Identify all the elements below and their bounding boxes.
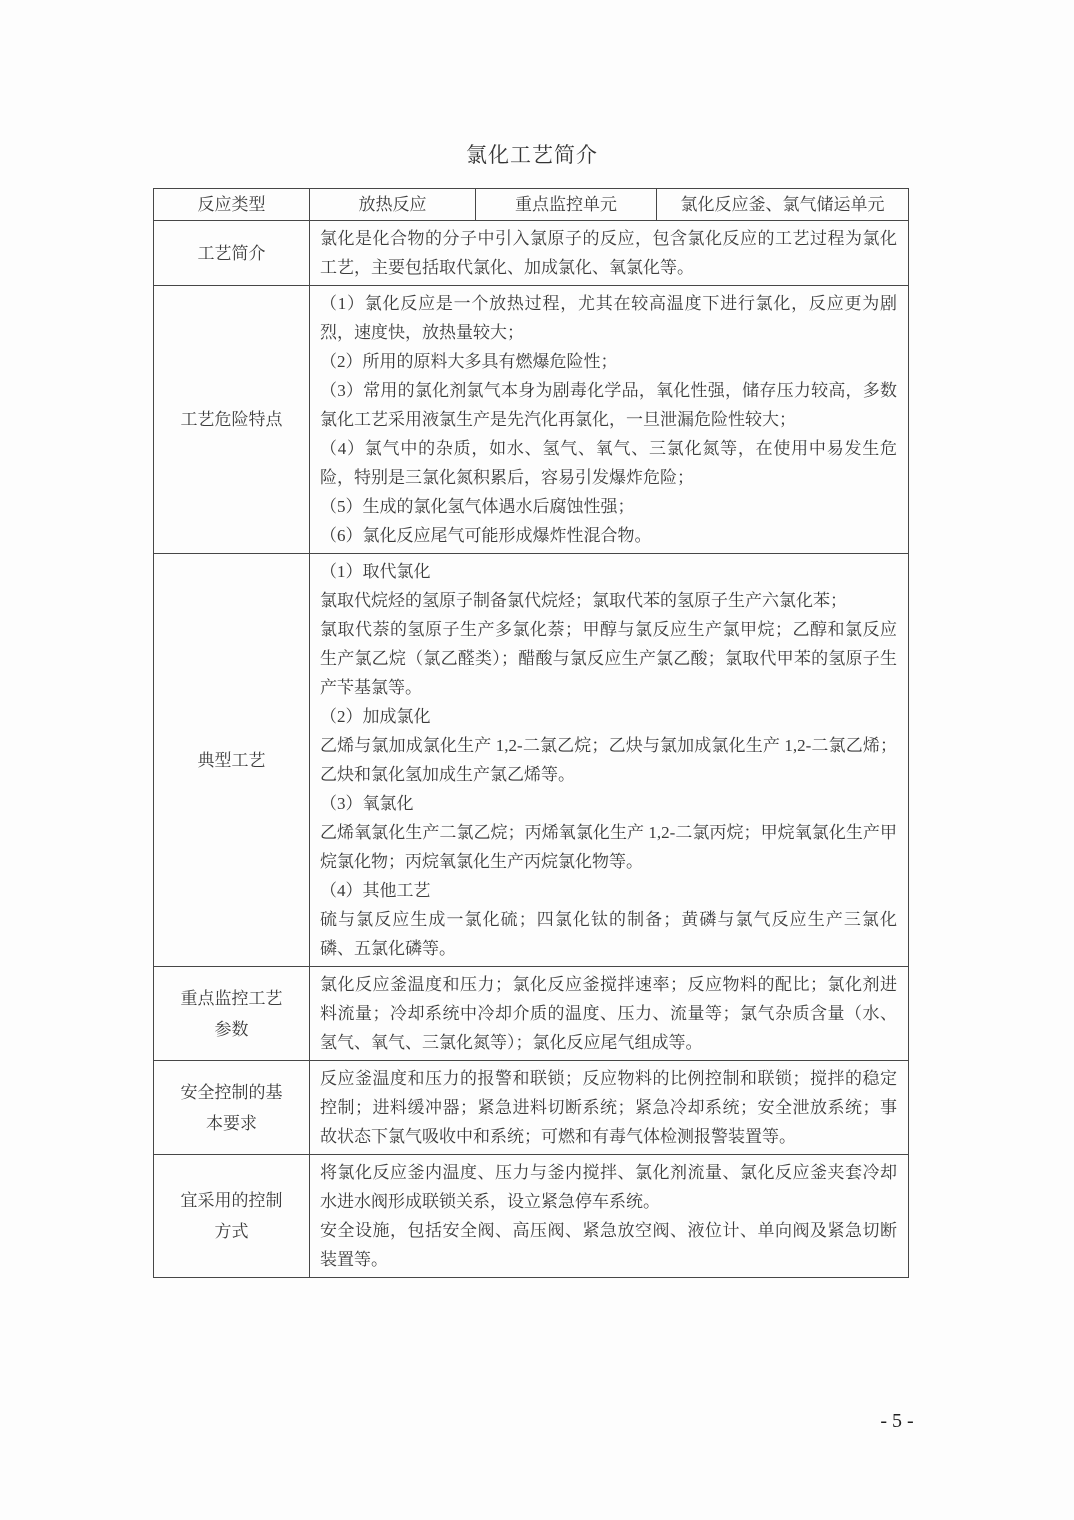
paragraph: （6）氯化反应尾气可能形成爆炸性混合物。 [320, 521, 897, 550]
row-label-monitored-parameters: 重点监控工艺参数 [154, 967, 310, 1061]
paragraph: 氯化反应釜温度和压力；氯化反应釜搅拌速率；反应物料的配比；氯化剂进料流量；冷却系… [320, 970, 897, 1057]
paragraph: 将氯化反应釜内温度、压力与釜内搅拌、氯化剂流量、氯化反应釜夹套冷却水进水阀形成联… [320, 1158, 897, 1216]
paragraph: （3）氧氯化 [320, 789, 897, 818]
paragraph: 氯取代萘的氢原子生产多氯化萘；甲醇与氯反应生产氯甲烷；乙醇和氯反应生产氯乙烷（氯… [320, 615, 897, 702]
row-label-safety-control-requirements: 安全控制的基本要求 [154, 1061, 310, 1155]
paragraph: （1）氯化反应是一个放热过程，尤其在较高温度下进行氯化，反应更为剧烈，速度快，放… [320, 289, 897, 347]
table-row-typical-processes: 典型工艺 （1）取代氯化氯取代烷烃的氢原子制备氯代烷烃；氯取代苯的氢原子生产六氯… [154, 554, 909, 967]
paragraph: 乙烯与氯加成氯化生产 1,2-二氯乙烷；乙炔与氯加成氯化生产 1,2-二氯乙烯；… [320, 731, 897, 789]
row-content-typical-processes: （1）取代氯化氯取代烷烃的氢原子制备氯代烷烃；氯取代苯的氢原子生产六氯化苯；氯取… [310, 554, 909, 967]
table-row-process-intro: 工艺简介 氯化是化合物的分子中引入氯原子的反应，包含氯化反应的工艺过程为氯化工艺… [154, 221, 909, 286]
paragraph: （1）取代氯化 [320, 557, 897, 586]
table-row-hazard-characteristics: 工艺危险特点 （1）氯化反应是一个放热过程，尤其在较高温度下进行氯化，反应更为剧… [154, 286, 909, 554]
table-row-recommended-control-methods: 宜采用的控制方式 将氯化反应釜内温度、压力与釜内搅拌、氯化剂流量、氯化反应釜夹套… [154, 1155, 909, 1278]
paragraph: （2）加成氯化 [320, 702, 897, 731]
row-content-monitored-parameters: 氯化反应釜温度和压力；氯化反应釜搅拌速率；反应物料的配比；氯化剂进料流量；冷却系… [310, 967, 909, 1061]
paragraph: （3）常用的氯化剂氯气本身为剧毒化学品，氧化性强，储存压力较高，多数氯化工艺采用… [320, 376, 897, 434]
header-cell-unit-value: 氯化反应釜、氯气储运单元 [657, 189, 909, 221]
table-row-safety-control-requirements: 安全控制的基本要求 反应釜温度和压力的报警和联锁；反应物料的比例控制和联锁；搅拌… [154, 1061, 909, 1155]
row-label-typical-processes: 典型工艺 [154, 554, 310, 967]
row-content-process-intro: 氯化是化合物的分子中引入氯原子的反应，包含氯化反应的工艺过程为氯化工艺，主要包括… [310, 221, 909, 286]
header-cell-exothermic-reaction: 放热反应 [310, 189, 476, 221]
paragraph: 硫与氯反应生成一氯化硫；四氯化钛的制备；黄磷与氯气反应生产三氯化磷、五氯化磷等。 [320, 905, 897, 963]
page-title: 氯化工艺简介 [0, 139, 1064, 169]
page-number: - 5 - [852, 1410, 942, 1433]
table-header-row: 反应类型 放热反应 重点监控单元 氯化反应釜、氯气储运单元 [154, 189, 909, 221]
process-table-container: 反应类型 放热反应 重点监控单元 氯化反应釜、氯气储运单元 工艺简介 氯化是化合… [153, 188, 908, 1278]
paragraph: （4）其他工艺 [320, 876, 897, 905]
row-content-recommended-control-methods: 将氯化反应釜内温度、压力与釜内搅拌、氯化剂流量、氯化反应釜夹套冷却水进水阀形成联… [310, 1155, 909, 1278]
header-cell-key-monitored-unit: 重点监控单元 [476, 189, 657, 221]
paragraph: 反应釜温度和压力的报警和联锁；反应物料的比例控制和联锁；搅拌的稳定控制；进料缓冲… [320, 1064, 897, 1151]
row-label-process-intro: 工艺简介 [154, 221, 310, 286]
row-content-hazard-characteristics: （1）氯化反应是一个放热过程，尤其在较高温度下进行氯化，反应更为剧烈，速度快，放… [310, 286, 909, 554]
paragraph: 安全设施，包括安全阀、高压阀、紧急放空阀、液位计、单向阀及紧急切断装置等。 [320, 1216, 897, 1274]
paragraph: （2）所用的原料大多具有燃爆危险性； [320, 347, 897, 376]
row-label-hazard-characteristics: 工艺危险特点 [154, 286, 310, 554]
document-page: 氯化工艺简介 反应类型 放热反应 重点监控单元 氯化反应釜、氯气储运单元 工艺简… [0, 0, 1074, 1520]
paragraph: （4）氯气中的杂质，如水、氢气、氧气、三氯化氮等，在使用中易发生危险，特别是三氯… [320, 434, 897, 492]
paragraph: 乙烯氧氯化生产二氯乙烷；丙烯氧氯化生产 1,2-二氯丙烷；甲烷氧氯化生产甲烷氯化… [320, 818, 897, 876]
header-cell-reaction-type: 反应类型 [154, 189, 310, 221]
process-table: 反应类型 放热反应 重点监控单元 氯化反应釜、氯气储运单元 工艺简介 氯化是化合… [153, 188, 909, 1278]
paragraph: 氯化是化合物的分子中引入氯原子的反应，包含氯化反应的工艺过程为氯化工艺，主要包括… [320, 224, 897, 282]
paragraph: （5）生成的氯化氢气体遇水后腐蚀性强； [320, 492, 897, 521]
table-row-monitored-parameters: 重点监控工艺参数 氯化反应釜温度和压力；氯化反应釜搅拌速率；反应物料的配比；氯化… [154, 967, 909, 1061]
paragraph: 氯取代烷烃的氢原子制备氯代烷烃；氯取代苯的氢原子生产六氯化苯； [320, 586, 897, 615]
row-content-safety-control-requirements: 反应釜温度和压力的报警和联锁；反应物料的比例控制和联锁；搅拌的稳定控制；进料缓冲… [310, 1061, 909, 1155]
row-label-recommended-control-methods: 宜采用的控制方式 [154, 1155, 310, 1278]
